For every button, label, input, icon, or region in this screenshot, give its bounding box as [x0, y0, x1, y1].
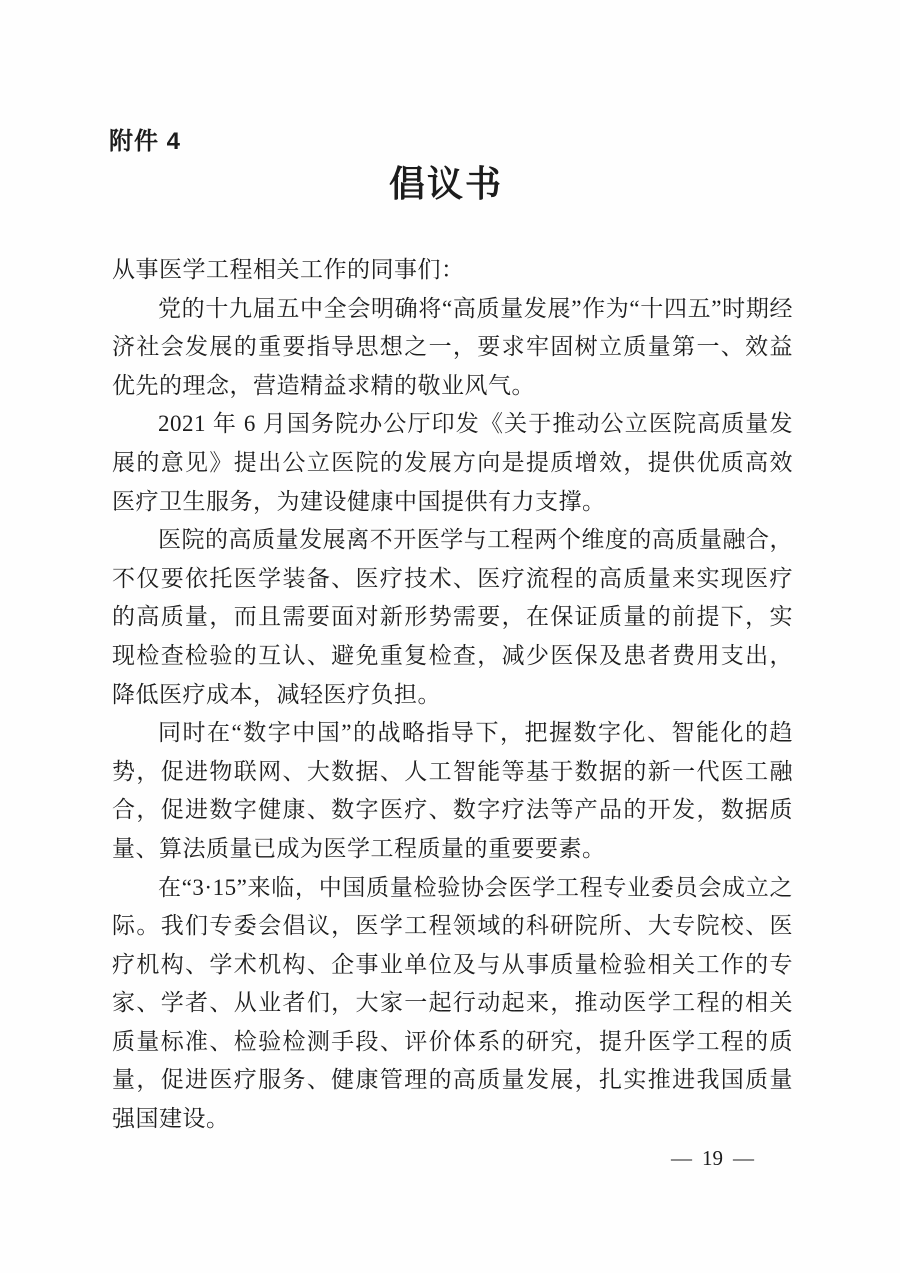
- paragraph-5: 在“3·15”来临，中国质量检验协会医学工程专业委员会成立之际。我们专委会倡议，…: [112, 869, 793, 1139]
- paragraph-1: 党的十九届五中全会明确将“高质量发展”作为“十四五”时期经济社会发展的重要指导思…: [112, 290, 793, 406]
- document-body: 从事医学工程相关工作的同事们： 党的十九届五中全会明确将“高质量发展”作为“十四…: [112, 251, 793, 1139]
- footer-left-dash: —: [671, 1146, 692, 1171]
- document-title: 倡议书: [0, 156, 892, 207]
- paragraph-2: 2021 年 6 月国务院办公厅印发《关于推动公立医院高质量发展的意见》提出公立…: [112, 405, 793, 521]
- footer-right-dash: —: [733, 1146, 754, 1171]
- paragraph-3: 医院的高质量发展离不开医学与工程两个维度的高质量融合，不仅要依托医学装备、医疗技…: [112, 521, 793, 714]
- document-page: 附件 4 倡议书 从事医学工程相关工作的同事们： 党的十九届五中全会明确将“高质…: [0, 0, 900, 1273]
- salutation-line: 从事医学工程相关工作的同事们：: [112, 251, 793, 290]
- page-footer: —19—: [661, 1146, 764, 1171]
- paragraph-4: 同时在“数字中国”的战略指导下，把握数字化、智能化的趋势，促进物联网、大数据、人…: [112, 714, 793, 868]
- page-number: 19: [702, 1146, 723, 1170]
- attachment-label: 附件 4: [109, 121, 181, 156]
